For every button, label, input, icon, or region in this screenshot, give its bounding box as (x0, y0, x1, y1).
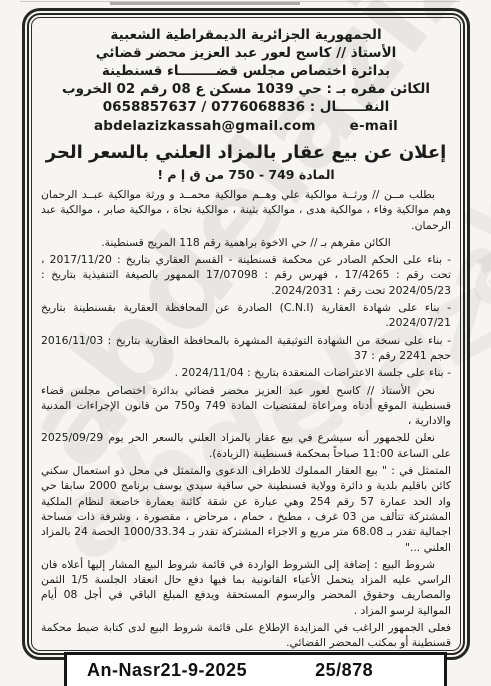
jurisdiction-line: بدائرة اختصاص مجلس قضــــــــاء قسنطينة (41, 62, 451, 80)
country-header: الجمهورية الجزائرية الديمقراطية الشعبية (41, 26, 451, 44)
newspaper-legal-notice-page: abdelaziz abdelaziz abdelaziz الجمهورية … (0, 0, 491, 686)
officer-name-line: الأستاذ // كاسح لعور عبد العزيز محضر قضا… (41, 44, 451, 62)
email-line: abdelazizkassah@gmail.come-mail (41, 118, 451, 134)
paragraph-petitioners-address: الكائن مقرهم بـ // حي الاخوة براهمية رقم… (41, 235, 451, 250)
paragraph-property-description: المتمثل في : " بيع العقار المملوك للاطرا… (41, 463, 451, 555)
paragraph-auction-announcement: نعلن للجمهور أنه سيشرع في بيع عقار بالمز… (41, 430, 451, 461)
office-address-line: الكائن مقره بـ : حي 1039 مسكن ع 08 رقم 0… (41, 80, 451, 98)
paragraph-petitioners: بطلب مــن // ورثــة موالكية علي وهــم مو… (41, 187, 451, 233)
notice-content-area: الجمهورية الجزائرية الديمقراطية الشعبية … (31, 17, 461, 651)
paragraph-objections-session: - بناء على جلسة الاعتراضات المنعقدة بتار… (41, 365, 451, 380)
paragraph-notarial-certificate: - بناء على نسخة من الشهادة التوثيقية الم… (41, 333, 451, 364)
notice-legal-article-subtitle: المادة 749 - 750 من ق إ م ! (41, 167, 451, 183)
paragraph-sale-conditions: شروط البيع : إضافة إلى الشروط الواردة في… (41, 557, 451, 618)
publication-reference-box: An-Nasr21-9-2025 25/878 (64, 652, 447, 686)
phone-numbers-line: النقــــــال : 0776068836 / 0658857637 (41, 98, 451, 116)
email-address: abdelazizkassah@gmail.com (94, 118, 316, 134)
notice-border-frame-middle: الجمهورية الجزائرية الديمقراطية الشعبية … (27, 13, 465, 655)
publication-reference-number: 25/878 (315, 660, 373, 681)
email-label: e-mail (350, 118, 398, 134)
scan-artifact-line (110, 2, 300, 5)
paragraph-judgment-reference: - بناء على الحكم الصادر عن محكمة قسنطينة… (41, 252, 451, 298)
office-letterhead: الجمهورية الجزائرية الديمقراطية الشعبية … (41, 26, 451, 116)
publication-source-date: An-Nasr21-9-2025 (87, 660, 247, 681)
paragraph-public-invitation: فعلى الجمهور الراغب في المزايدة الإطلاع … (41, 620, 451, 651)
notice-body: بطلب مــن // ورثــة موالكية علي وهــم مو… (41, 187, 451, 651)
notice-border-frame: الجمهورية الجزائرية الديمقراطية الشعبية … (22, 8, 470, 660)
scan-artifact-line (20, 1, 460, 2)
paragraph-property-certificate: - بناء على شهادة العقارية (C.N.I) الصادر… (41, 300, 451, 331)
notice-title: إعلان عن بيع عقار بالمزاد العلني بالسعر … (41, 141, 451, 165)
paragraph-officer-declaration: نحن الأستاذ // كاسح لعور عبد العزيز محضر… (41, 383, 451, 429)
